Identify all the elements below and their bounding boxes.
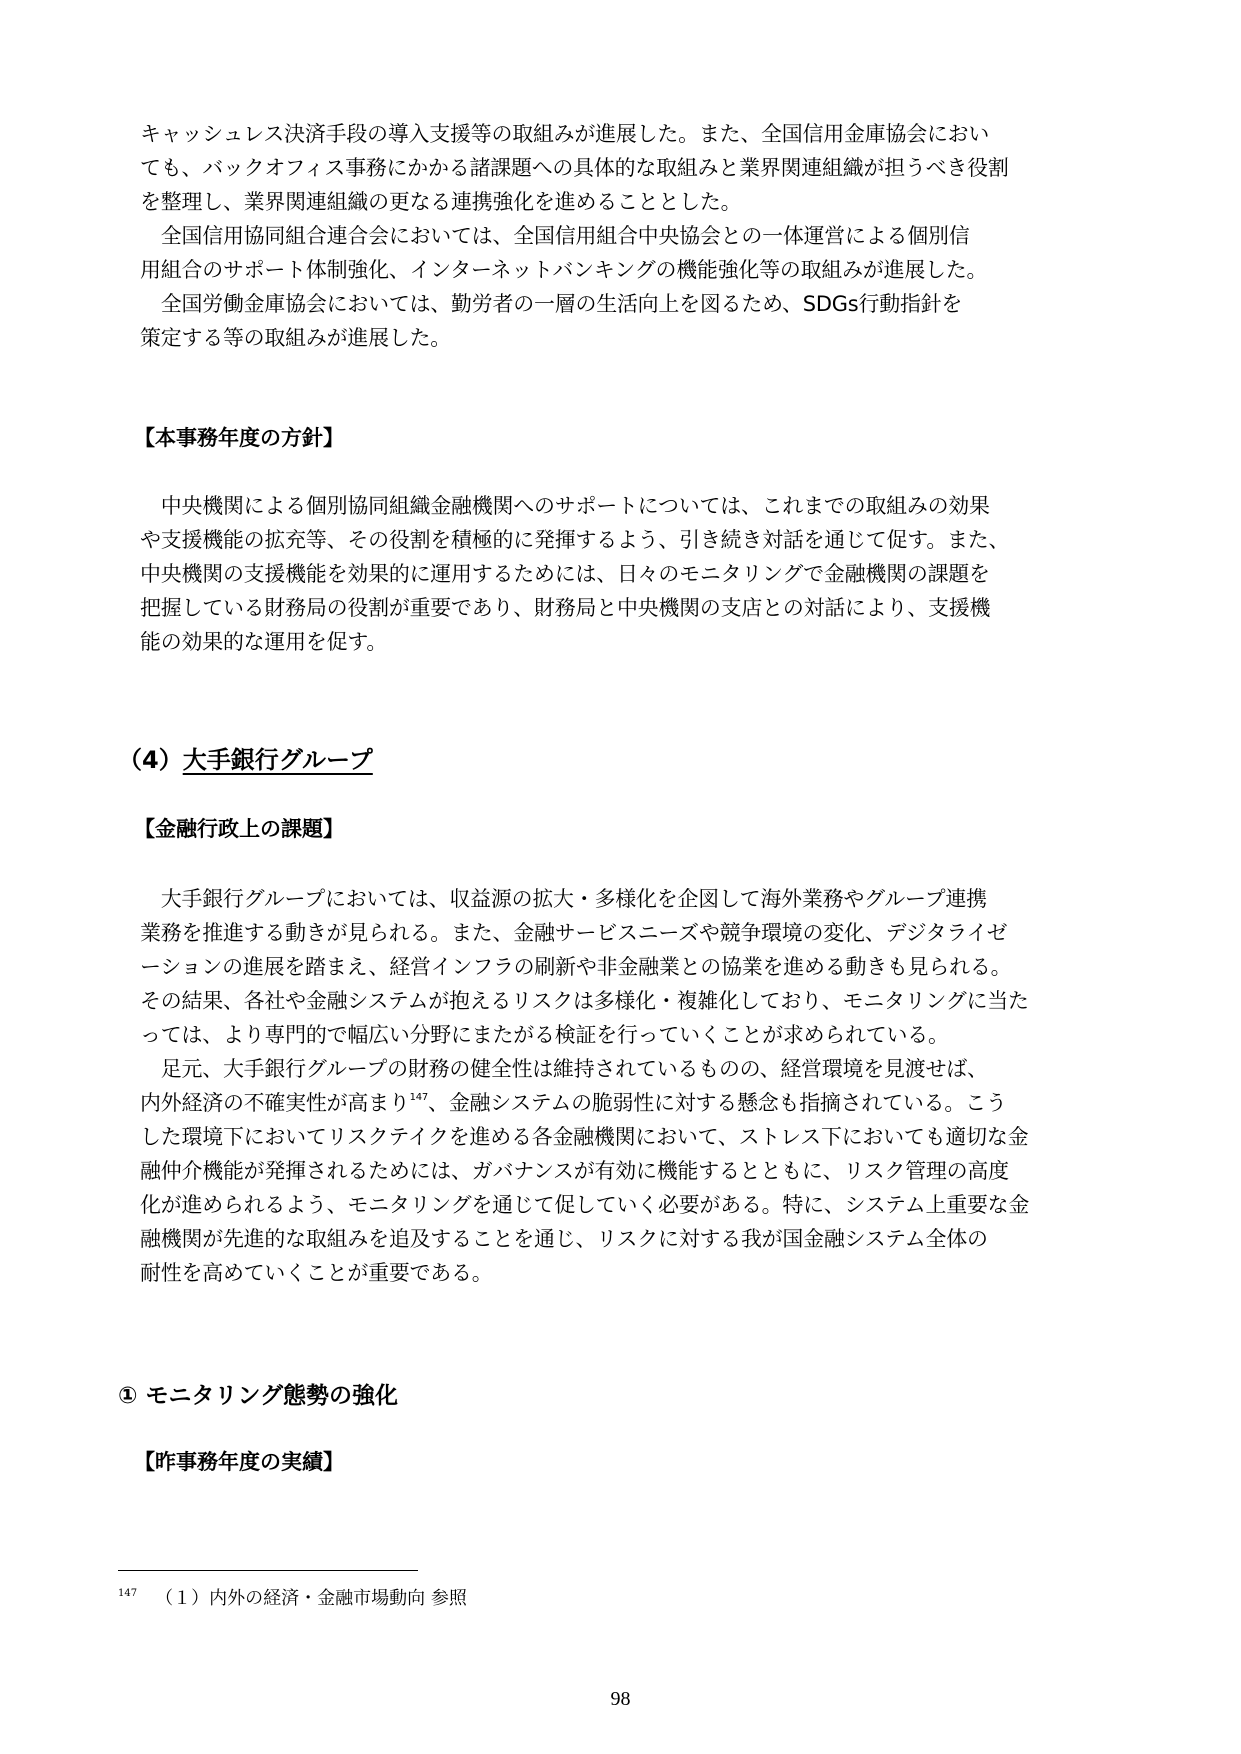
text-line: ーションの進展を踏まえ、経営インフラの刷新や非金融業との協業を進める動きも見られ… [140,950,1122,984]
footnote-text: （１）内外の経済・金融市場動向 参照 [155,1588,467,1609]
text-line: を整理し、業界関連組織の更なる連携強化を進めることとした。 [140,185,1122,219]
page-number: 98 [0,1688,1241,1711]
text-segment: 、金融システムの脆弱性に対する懸念も指摘されている。こう [428,1091,1007,1115]
text-line: 用組合のサポート体制強化、インターネットバンキングの機能強化等の取組みが進展した… [140,253,1122,287]
paragraph-policy: 中央機関による個別協同組織金融機関へのサポートについては、これまでの取組みの効果… [140,489,1125,659]
text-line: や支援機能の拡充等、その役割を積極的に発揮するよう、引き続き対話を通じて促す。ま… [140,523,1122,557]
text-line: キャッシュレス決済手段の導入支援等の取組みが進展した。また、全国信用金庫協会にお… [140,117,1122,151]
text-line: その結果、各社や金融システムが抱えるリスクは多様化・複雑化しており、モニタリング… [140,984,1122,1018]
text-line: した環境下においてリスクテイクを進める各金融機関において、ストレス下においても適… [140,1120,1122,1154]
text-line: 足元、大手銀行グループの財務の健全性は維持されているものの、経営環境を見渡せば、 [140,1052,1122,1086]
text-line: 大手銀行グループにおいては、収益源の拡大・多様化を企図して海外業務やグループ連携 [140,882,1122,916]
text-line: 耐性を高めていくことが重要である。 [140,1256,1122,1290]
text-line: 中央機関による個別協同組織金融機関へのサポートについては、これまでの取組みの効果 [140,489,1122,523]
text-line: 中央機関の支援機能を効果的に運用するためには、日々のモニタリングで金融機関の課題… [140,557,1122,591]
heading-policy: 【本事務年度の方針】 [134,421,344,455]
subsection-title-text: モニタリング態勢の強化 [146,1383,399,1409]
subsection-title-monitoring: ① モニタリング態勢の強化 [118,1378,398,1414]
paragraph-intro: キャッシュレス決済手段の導入支援等の取組みが進展した。また、全国信用金庫協会にお… [140,117,1125,355]
footnote: 147（１）内外の経済・金融市場動向 参照 [118,1584,467,1610]
text-line: っては、より専門的で幅広い分野にまたがる検証を行っていくことが求められている。 [140,1018,1122,1052]
text-line: ても、バックオフィス事務にかかる諸課題への具体的な取組みと業界関連組織が担うべき… [140,151,1122,185]
footnote-divider [118,1570,418,1571]
text-line: 化が進められるよう、モニタリングを通じて促していく必要がある。特に、システム上重… [140,1188,1122,1222]
text-line: 業務を推進する動きが見られる。また、金融サービスニーズや競争環境の変化、デジタラ… [140,916,1122,950]
subsection-number: ① [118,1383,137,1409]
section-title-text: 大手銀行グループ [183,746,373,774]
text-line: 融機関が先進的な取組みを追及することを通じ、リスクに対する我が国金融システム全体… [140,1222,1122,1256]
text-line-with-footnote: 内外経済の不確実性が高まり147、金融システムの脆弱性に対する懸念も指摘されてい… [140,1086,1122,1120]
footnote-reference[interactable]: 147 [410,1092,428,1103]
text-segment: 内外経済の不確実性が高まり [140,1091,410,1115]
text-line: 全国労働金庫協会においては、勤労者の一層の生活向上を図るため、SDGs行動指針を [140,287,1122,321]
text-line: 能の効果的な運用を促す。 [140,625,1122,659]
section-title-large-bank-groups: （4）大手銀行グループ [118,742,373,778]
text-line: 把握している財務局の役割が重要であり、財務局と中央機関の支店との対話により、支援… [140,591,1122,625]
text-line: 策定する等の取組みが進展した。 [140,321,1122,355]
footnote-number: 147 [118,1588,137,1599]
document-page: キャッシュレス決済手段の導入支援等の取組みが進展した。また、全国信用金庫協会にお… [0,0,1241,1754]
heading-results: 【昨事務年度の実績】 [134,1445,344,1479]
text-line: 全国信用協同組合連合会においては、全国信用組合中央協会との一体運営による個別信 [140,219,1122,253]
paragraph-issues: 大手銀行グループにおいては、収益源の拡大・多様化を企図して海外業務やグループ連携… [140,882,1125,1290]
text-line: 融仲介機能が発揮されるためには、ガバナンスが有効に機能するとともに、リスク管理の… [140,1154,1122,1188]
heading-issues: 【金融行政上の課題】 [134,812,344,846]
section-number: （4） [118,746,183,774]
